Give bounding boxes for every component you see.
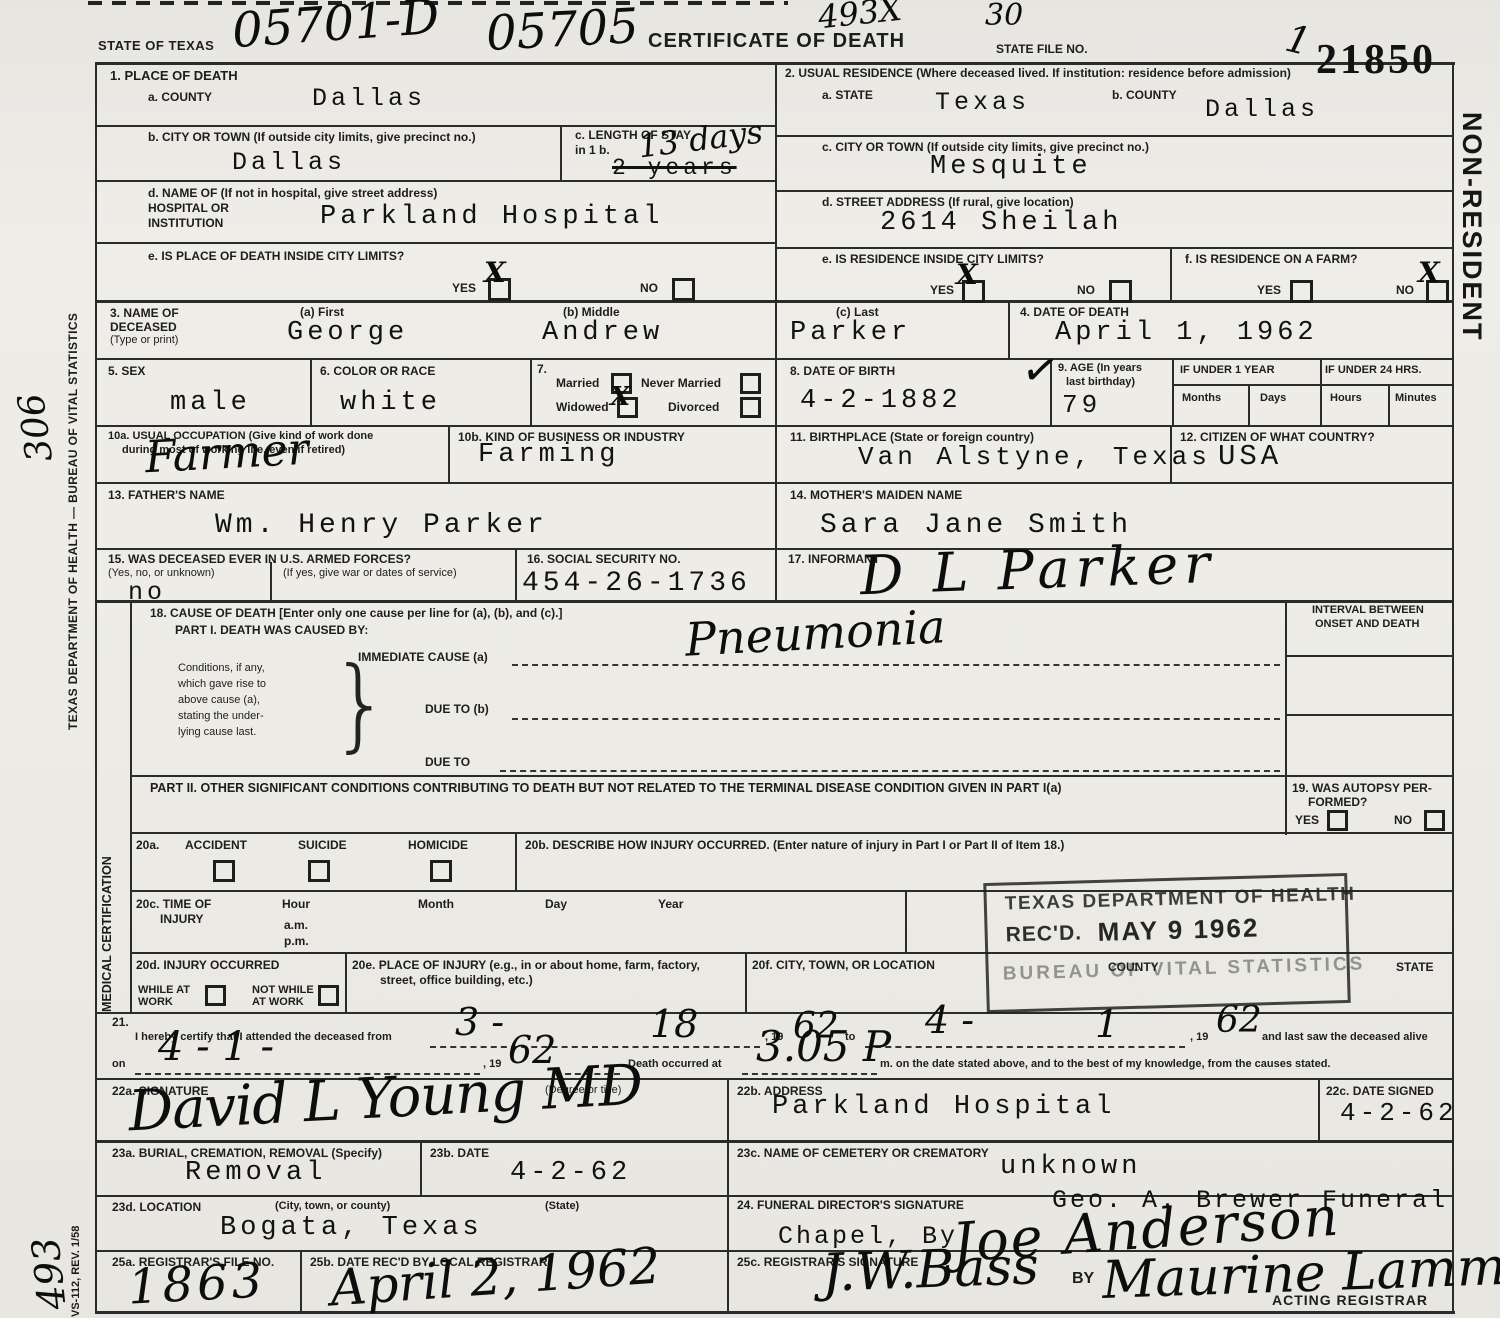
field-24-funeral-director-label: 24. FUNERAL DIRECTOR'S SIGNATURE <box>737 1198 964 1212</box>
field-20d-while-at-label: WHILE AT <box>138 984 190 996</box>
field-2e-citylimits-label: e. IS RESIDENCE INSIDE CITY LIMITS? <box>822 252 1044 266</box>
divider <box>95 62 97 1314</box>
field-20c-am-label: a.m. <box>284 918 308 932</box>
checkbox-20a-suicide[interactable] <box>308 860 330 882</box>
checkbox-7-never-married[interactable] <box>740 373 761 394</box>
divider <box>345 952 347 1012</box>
field-20c-label2: INJURY <box>160 912 204 926</box>
field-3c-last-value: Parker <box>790 318 911 348</box>
field-15-value: no <box>128 578 166 607</box>
field-25c-by-label: BY <box>1072 1270 1094 1288</box>
field-3b-middle-label: (b) Middle <box>563 305 620 319</box>
field-16-ssn-value: 454-26-1736 <box>522 568 751 599</box>
field-2f-farm-label: f. IS RESIDENCE ON A FARM? <box>1185 252 1357 266</box>
field-25b-date-recd-value: April 2, 1962 <box>328 1237 662 1318</box>
field-20f-label: 20f. CITY, TOWN, OR LOCATION <box>752 958 935 972</box>
field-13-father-value: Wm. Henry Parker <box>215 510 548 541</box>
field-23a-burial-value: Removal <box>185 1158 326 1188</box>
divider <box>500 770 1280 772</box>
divider <box>1320 358 1322 425</box>
field-7-widowed-label: Widowed <box>556 400 609 414</box>
non-resident-stamp: NON-RESIDENT <box>1456 112 1487 342</box>
field-1e-yes-label: YES <box>452 281 476 295</box>
field-1b-city-value: Dallas <box>232 148 346 177</box>
field-18-due-to-c-label: DUE TO <box>425 755 470 769</box>
field-20c-day-label: Day <box>545 897 567 911</box>
field-21-from-month-day: 3 - <box>455 1000 504 1044</box>
divider <box>130 600 132 1012</box>
field-2f-no-label: NO <box>1396 283 1414 297</box>
divider <box>1388 384 1390 425</box>
divider <box>515 548 517 600</box>
divider <box>1008 300 1010 358</box>
divider <box>560 125 562 180</box>
stamp-date: MAY 9 1962 <box>1097 912 1259 948</box>
field-20a-suicide-label: SUICIDE <box>298 838 347 852</box>
checkbox-2e-yes-mark: X <box>956 258 978 291</box>
field-2a-state-label: a. STATE <box>822 88 873 102</box>
field-7-divorced-label: Divorced <box>668 400 719 414</box>
divider <box>448 425 450 482</box>
state-file-no-value: 21850 <box>1316 36 1436 84</box>
field-3-title: 3. NAME OF <box>110 306 179 320</box>
field-20b-label: 20b. DESCRIBE HOW INJURY OCCURRED. (Ente… <box>525 838 1064 852</box>
field-20d-not-while-label: NOT WHILE <box>252 984 314 996</box>
divider <box>1285 714 1452 716</box>
field-1d-hospital-label3: INSTITUTION <box>148 216 223 230</box>
field-18-part1-label: PART I. DEATH WAS CAUSED BY: <box>175 623 368 637</box>
checkbox-7-divorced[interactable] <box>740 397 761 418</box>
field-20e-label: 20e. PLACE OF INJURY (e.g., in or about … <box>352 958 700 972</box>
hw-slash-mark: 1 <box>1281 16 1315 65</box>
field-9-under-1-year-label: IF UNDER 1 YEAR <box>1180 364 1275 376</box>
divider <box>1285 600 1287 835</box>
field-3-title3: (Type or print) <box>110 334 178 346</box>
field-25c-deputy-signature: Maurine Lamm <box>1101 1237 1500 1311</box>
field-21-label: 21. <box>112 1015 129 1029</box>
field-13-father-label: 13. FATHER'S NAME <box>108 488 225 502</box>
field-9-hours-label: Hours <box>1330 392 1362 404</box>
field-1-title: 1. PLACE OF DEATH <box>110 68 238 83</box>
received-date-stamp: TEXAS DEPARTMENT OF HEALTH REC'D. MAY 9 … <box>983 873 1350 1013</box>
divider <box>745 952 747 1012</box>
field-5-sex-label: 5. SEX <box>108 364 145 378</box>
field-9-age-label2: last birthday) <box>1066 376 1135 388</box>
field-21-death-occurred-label: Death occurred at <box>628 1058 722 1070</box>
field-23c-cemetery-value: unknown <box>1000 1152 1141 1182</box>
divider <box>130 832 1452 834</box>
field-1d-hospital-label: d. NAME OF (If not in hospital, give str… <box>148 186 437 200</box>
field-19-autopsy-label2: FORMED? <box>1308 795 1367 809</box>
divider <box>95 300 1452 303</box>
divider <box>1318 1078 1320 1140</box>
hw-age-checkmark: ✓ <box>1018 342 1063 399</box>
field-4-date-of-death-value: April 1, 1962 <box>1055 318 1318 348</box>
field-23d-location-label: 23d. LOCATION <box>112 1200 201 1214</box>
field-1a-county-value: Dallas <box>312 84 426 113</box>
divider <box>95 482 1452 484</box>
divider <box>775 247 1452 249</box>
certificate-title: CERTIFICATE OF DEATH <box>648 30 905 53</box>
divider <box>95 358 1452 360</box>
field-20d-work-label: WORK <box>138 996 173 1008</box>
checkbox-1e-no[interactable] <box>672 278 695 301</box>
checkbox-2f-yes[interactable] <box>1290 280 1313 303</box>
checkbox-2f-no-mark: X <box>1418 256 1440 289</box>
field-14-mother-label: 14. MOTHER'S MAIDEN NAME <box>790 488 962 502</box>
state-file-no-label: STATE FILE NO. <box>996 42 1088 56</box>
field-23d-city-sub-label: (City, town, or county) <box>275 1200 390 1212</box>
field-23c-cemetery-label: 23c. NAME OF CEMETERY OR CREMATORY <box>737 1146 989 1160</box>
divider <box>95 1311 1455 1314</box>
checkbox-1e-yes-mark: X <box>484 256 506 289</box>
checkbox-2e-no[interactable] <box>1109 280 1132 303</box>
checkbox-20a-homicide[interactable] <box>430 860 452 882</box>
checkbox-19-yes[interactable] <box>1327 810 1348 831</box>
hw-district-number-1: 05701-D <box>230 0 441 59</box>
field-4-date-of-death-label: 4. DATE OF DEATH <box>1020 305 1129 319</box>
divider <box>95 242 775 244</box>
field-6-race-value: white <box>340 388 441 418</box>
field-20c-month-label: Month <box>418 897 454 911</box>
divider <box>95 548 1452 550</box>
field-20c-year-label: Year <box>658 897 683 911</box>
field-3-title2: DECEASED <box>110 320 177 334</box>
checkbox-20a-accident[interactable] <box>213 860 235 882</box>
divider <box>775 62 777 600</box>
divider <box>530 358 532 425</box>
field-20d-label: 20d. INJURY OCCURRED <box>136 958 279 972</box>
divider <box>1172 358 1174 425</box>
field-21-certify-text-2: and last saw the deceased alive <box>1262 1031 1428 1043</box>
divider <box>865 1046 1185 1048</box>
field-12-citizen-value: USA <box>1218 440 1282 473</box>
field-18-conditions-line3: above cause (a), <box>178 694 260 706</box>
field-10b-industry-value: Farming <box>478 440 619 470</box>
field-9-minutes-label: Minutes <box>1395 392 1437 404</box>
field-9-days-label: Days <box>1260 392 1286 404</box>
field-9-under-24-hrs-label: IF UNDER 24 HRS. <box>1325 364 1422 376</box>
divider <box>1170 247 1172 300</box>
field-2-title: 2. USUAL RESIDENCE (Where deceased lived… <box>785 66 1291 80</box>
stamp-line3: BUREAU OF VITAL STATISTICS <box>1003 953 1366 985</box>
divider <box>727 1250 729 1313</box>
field-18-part2-label: PART II. OTHER SIGNIFICANT CONDITIONS CO… <box>150 781 1062 795</box>
field-2c-city-value: Mesquite <box>930 152 1092 182</box>
divider <box>95 1140 1452 1143</box>
field-3a-first-label: (a) First <box>300 305 344 319</box>
field-3b-middle-value: Andrew <box>542 318 663 348</box>
field-5-sex-value: male <box>170 388 251 418</box>
field-18-cause-title: 18. CAUSE OF DEATH [Enter only one cause… <box>150 606 563 620</box>
field-2d-street-value: 2614 Sheilah <box>880 208 1122 238</box>
field-18a-cause-value: Pneumonia <box>684 599 947 667</box>
field-23d-location-value: Bogata, Texas <box>220 1213 483 1243</box>
field-20d-at-work-label: AT WORK <box>252 996 304 1008</box>
divider <box>515 832 517 890</box>
hw-margin-493: 493 <box>17 1178 74 1312</box>
divider <box>742 1073 877 1075</box>
field-10a-occupation-value: Farmer <box>144 424 310 483</box>
field-19-yes-label: YES <box>1295 813 1319 827</box>
field-2e-yes-label: YES <box>930 283 954 297</box>
checkbox-19-no[interactable] <box>1424 810 1445 831</box>
field-8-dob-value: 4-2-1882 <box>800 386 962 416</box>
field-15-sub2-label: (If yes, give war or dates of service) <box>283 567 457 579</box>
field-11-birthplace-value: Van Alstyne, Texas <box>858 442 1211 472</box>
field-21-to-month: 4 - <box>925 998 974 1042</box>
field-20e-label2: street, office building, etc.) <box>380 973 533 987</box>
field-18-conditions-line5: lying cause last. <box>178 726 256 738</box>
field-1c-stay-value: 13 days <box>636 113 765 166</box>
field-25c-registrar-signature: J.W.Bass <box>821 1236 1040 1304</box>
field-8-dob-label: 8. DATE OF BIRTH <box>790 364 895 378</box>
death-certificate-scan: STATE OF TEXAS 05701-D 05705 CERTIFICATE… <box>0 0 1500 1318</box>
field-20a-accident-label: ACCIDENT <box>185 838 247 852</box>
field-1a-county-label: a. COUNTY <box>148 90 212 104</box>
field-19-no-label: NO <box>1394 813 1412 827</box>
field-7-marital-label: 7. <box>537 362 547 376</box>
field-23b-date-value: 4-2-62 <box>510 1158 631 1188</box>
checkbox-20d-while-at-work[interactable] <box>205 985 226 1006</box>
field-22c-date-signed-value: 4-2-62 <box>1340 1098 1458 1128</box>
field-22b-address-value: Parkland Hospital <box>772 1092 1115 1122</box>
field-23d-state-sub-label: (State) <box>545 1200 579 1212</box>
medical-certification-label: MEDICAL CERTIFICATION <box>100 762 114 1012</box>
divider <box>512 718 1280 720</box>
stamp-line1: TEXAS DEPARTMENT OF HEALTH <box>1005 884 1356 916</box>
field-21-certify-text-3: m. on the date stated above, and to the … <box>880 1058 1330 1070</box>
field-20f-state-label: STATE <box>1396 960 1434 974</box>
field-19-autopsy-label: 19. WAS AUTOPSY PER- <box>1292 781 1432 795</box>
field-20a-label: 20a. <box>136 838 159 852</box>
field-2b-county-label: b. COUNTY <box>1112 88 1177 102</box>
divider <box>310 358 312 425</box>
divider <box>420 1140 422 1195</box>
field-6-race-label: 6. COLOR OR RACE <box>320 364 435 378</box>
checkbox-7-widowed-mark: X <box>610 382 630 412</box>
stamp-recd-label: REC'D. <box>1005 921 1082 947</box>
field-7-married-label: Married <box>556 376 599 390</box>
field-2f-yes-label: YES <box>1257 283 1281 297</box>
field-3a-first-value: George <box>287 318 408 348</box>
hw-district-number-2: 05705 <box>485 0 640 62</box>
field-21-19-printed-b: , 19 <box>1190 1031 1208 1043</box>
field-9-months-label: Months <box>1182 392 1221 404</box>
divider <box>95 600 1452 603</box>
state-of-texas-label: STATE OF TEXAS <box>98 38 214 53</box>
field-3c-last-label: (c) Last <box>836 305 879 319</box>
left-margin-department-label: TEXAS DEPARTMENT OF HEALTH — BUREAU OF V… <box>66 112 80 730</box>
divider <box>430 1046 760 1048</box>
field-1d-hospital-value: Parkland Hospital <box>320 202 663 232</box>
field-21-from-day: 18 <box>650 1002 698 1046</box>
field-2a-state-value: Texas <box>935 88 1030 117</box>
divider <box>775 190 1452 192</box>
field-15-armed-forces-label: 15. WAS DECEASED EVER IN U.S. ARMED FORC… <box>108 552 411 566</box>
divider <box>1248 384 1250 425</box>
field-20c-hour-label: Hour <box>282 897 310 911</box>
field-22c-date-signed-label: 22c. DATE SIGNED <box>1326 1084 1434 1098</box>
field-2b-county-value: Dallas <box>1205 95 1319 124</box>
field-21-time-of-death: 3.05 P <box>756 1022 891 1071</box>
field-2d-street-label: d. STREET ADDRESS (If rural, give locati… <box>822 195 1074 209</box>
field-9-age-label: 9. AGE (In years <box>1058 362 1142 374</box>
divider <box>270 562 272 600</box>
divider <box>512 664 1280 666</box>
field-18-immediate-cause-label: IMMEDIATE CAUSE (a) <box>358 650 488 664</box>
field-18-conditions-line1: Conditions, if any, <box>178 662 265 674</box>
field-20c-label: 20c. TIME OF <box>136 897 211 911</box>
field-18-conditions-line2: which gave rise to <box>178 678 266 690</box>
field-18-interval-label: INTERVAL BETWEEN <box>1312 604 1424 616</box>
hw-margin-306: 306 <box>8 370 61 465</box>
field-1d-hospital-label2: HOSPITAL OR <box>148 201 229 215</box>
field-2e-no-label: NO <box>1077 283 1095 297</box>
checkbox-20d-not-while-at-work[interactable] <box>318 985 339 1006</box>
divider <box>905 890 907 952</box>
divider <box>1172 384 1452 386</box>
hw-code-30: 30 <box>985 0 1023 33</box>
field-1e-citylimits-label: e. IS PLACE OF DEATH INSIDE CITY LIMITS? <box>148 249 404 263</box>
field-23b-date-label: 23b. DATE <box>430 1146 489 1160</box>
field-21-on-label: on <box>112 1058 125 1070</box>
field-9-age-value: 79 <box>1062 390 1101 420</box>
divider <box>300 1250 302 1313</box>
field-1e-no-label: NO <box>640 281 658 295</box>
field-17-informant-signature: D L Parker <box>859 532 1217 607</box>
divider <box>130 775 1452 777</box>
field-18-interval-label2: ONSET AND DEATH <box>1315 618 1420 630</box>
field-25a-registrar-file-value: 1863 <box>127 1252 268 1315</box>
field-20c-pm-label: p.m. <box>284 934 309 948</box>
field-21-last-seen-date: 4 - 1 - <box>158 1024 274 1070</box>
field-18-due-to-b-label: DUE TO (b) <box>425 702 489 716</box>
divider <box>1285 655 1452 657</box>
field-1c-stay-label2: in 1 b. <box>575 143 610 157</box>
field-20a-homicide-label: HOMICIDE <box>408 838 468 852</box>
field-7-never-married-label: Never Married <box>641 376 721 390</box>
divider <box>775 135 1452 137</box>
field-18-conditions-line4: stating the under- <box>178 710 264 722</box>
field-1b-city-label: b. CITY OR TOWN (If outside city limits,… <box>148 130 476 144</box>
field-16-ssn-label: 16. SOCIAL SECURITY NO. <box>527 552 681 566</box>
